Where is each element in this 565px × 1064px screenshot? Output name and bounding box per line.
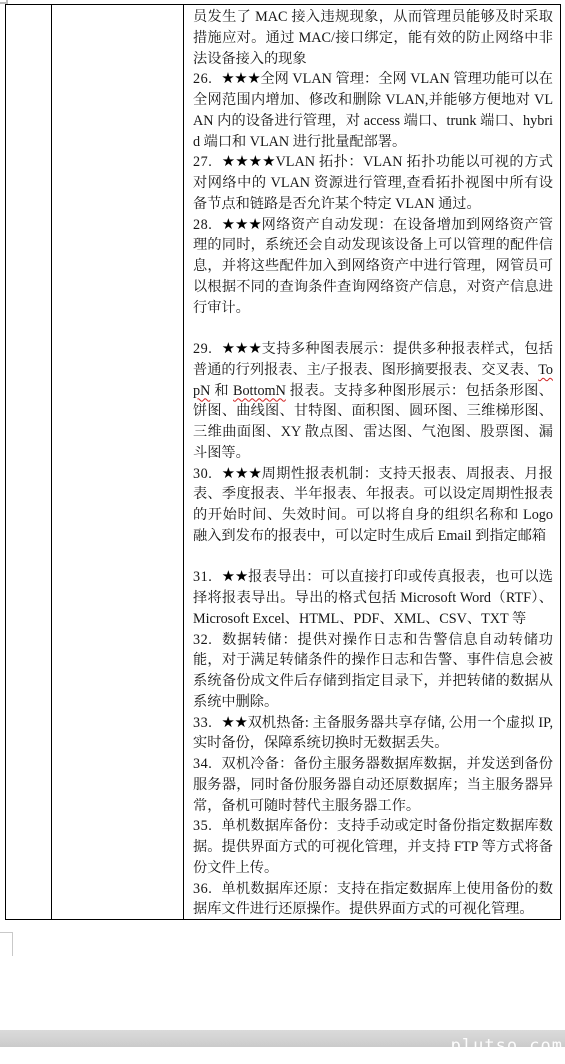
spec-paragraph: 35.单机数据库备份：支持手动或定时备份指定数据库数据。提供界面方式的可视化管理… bbox=[193, 816, 553, 878]
spec-paragraph: 31.★★报表导出：可以直接打印或传真报表，也可以选择将报表导出。导出的格式包括… bbox=[193, 567, 553, 629]
paragraph-text: 双机冷备：备份主服务器数据库数据，并发送到备份服务器，同时备份服务器自动还原数据… bbox=[193, 756, 553, 814]
spec-paragraph: 33.★★双机热备: 主备服务器共享存储, 公用一个虚拟 IP, 实时备份，保障… bbox=[193, 713, 553, 755]
item-number: 27. bbox=[193, 154, 212, 170]
spec-paragraph: 27.★★★★VLAN 拓扑：VLAN 拓扑功能以可视的方式对网络中的 VLAN… bbox=[193, 152, 553, 214]
spec-paragraph: 32.数据转储：提供对操作日志和告警信息自动转储功能，对于满足转储条件的操作日志… bbox=[193, 630, 553, 713]
star-rating: ★★★ bbox=[221, 217, 261, 233]
spec-paragraph: 34.双机冷备：备份主服务器数据库数据，并发送到备份服务器，同时备份服务器自动还… bbox=[193, 754, 553, 816]
item-number: 31. bbox=[193, 569, 212, 585]
paragraph-text: 单机数据库还原：支持在指定数据库上使用备份的数据库文件进行还原操作。提供界面方式… bbox=[193, 881, 553, 918]
paragraph-text: 单机数据库备份：支持手动或定时备份指定数据库数据。提供界面方式的可视化管理，并支… bbox=[193, 818, 553, 876]
star-rating: ★★★ bbox=[221, 341, 261, 357]
item-number: 36. bbox=[193, 881, 212, 897]
paragraph-text: 双机热备: 主备服务器共享存储, 公用一个虚拟 IP, 实时备份，保障系统切换时… bbox=[193, 715, 553, 752]
spec-paragraph: 36.单机数据库还原：支持在指定数据库上使用备份的数据库文件进行还原操作。提供界… bbox=[193, 879, 553, 920]
star-rating: ★★ bbox=[221, 569, 248, 585]
item-number: 30. bbox=[193, 466, 212, 482]
spec-paragraph: 30.★★★周期性报表机制：支持天报表、周报表、月报表、季度报表、半年报表、年报… bbox=[193, 464, 553, 547]
item-number: 33. bbox=[193, 715, 212, 731]
watermark-text: plutso.com bbox=[451, 1036, 563, 1047]
spec-paragraph: 29.★★★支持多种图表展示：提供多种报表样式，包括普通的行列报表、主/子报表、… bbox=[193, 339, 553, 464]
star-rating: ★★ bbox=[221, 715, 247, 731]
paragraph-text: 员发生了 MAC 接入违规现象，从而管理员能够及时采取措施应对。通过 MAC/接… bbox=[193, 9, 553, 67]
paragraph-text: 支持多种图表展示：提供多种报表样式，包括普通的行列报表、主/子报表、图形摘要报表… bbox=[193, 341, 553, 461]
item-number: 28. bbox=[193, 217, 212, 233]
star-rating: ★★★ bbox=[221, 466, 261, 482]
item-number: 35. bbox=[193, 818, 212, 834]
spec-table: 员发生了 MAC 接入违规现象，从而管理员能够及时采取措施应对。通过 MAC/接… bbox=[5, 4, 561, 920]
item-number: 29. bbox=[193, 341, 212, 357]
misspelled-word: BottomN bbox=[233, 383, 286, 399]
spec-paragraph: 员发生了 MAC 接入违规现象，从而管理员能够及时采取措施应对。通过 MAC/接… bbox=[193, 7, 553, 69]
blank-line bbox=[193, 547, 553, 568]
paragraph-text: 数据转储：提供对操作日志和告警信息自动转储功能，对于满足转储条件的操作日志和告警… bbox=[193, 632, 553, 710]
table-cell-empty-middle bbox=[52, 5, 184, 919]
footer-band: plutso.com bbox=[0, 1030, 565, 1047]
star-rating: ★★★★ bbox=[221, 154, 275, 170]
item-number: 34. bbox=[193, 756, 212, 772]
star-rating: ★★★ bbox=[221, 71, 260, 87]
item-number: 32. bbox=[193, 632, 212, 648]
spec-paragraph: 28.★★★网络资产自动发现：在设备增加到网络资产管理的同时，系统还会自动发现该… bbox=[193, 215, 553, 319]
page-corner-mark-bottom-vertical bbox=[12, 932, 13, 956]
table-cell-requirements: 员发生了 MAC 接入违规现象，从而管理员能够及时采取措施应对。通过 MAC/接… bbox=[184, 5, 560, 919]
spec-paragraph: 26.★★★全网 VLAN 管理：全网 VLAN 管理功能可以在全网范围内增加、… bbox=[193, 69, 553, 152]
table-cell-empty-left bbox=[6, 5, 52, 919]
blank-line bbox=[193, 318, 553, 339]
item-number: 26. bbox=[193, 71, 212, 87]
